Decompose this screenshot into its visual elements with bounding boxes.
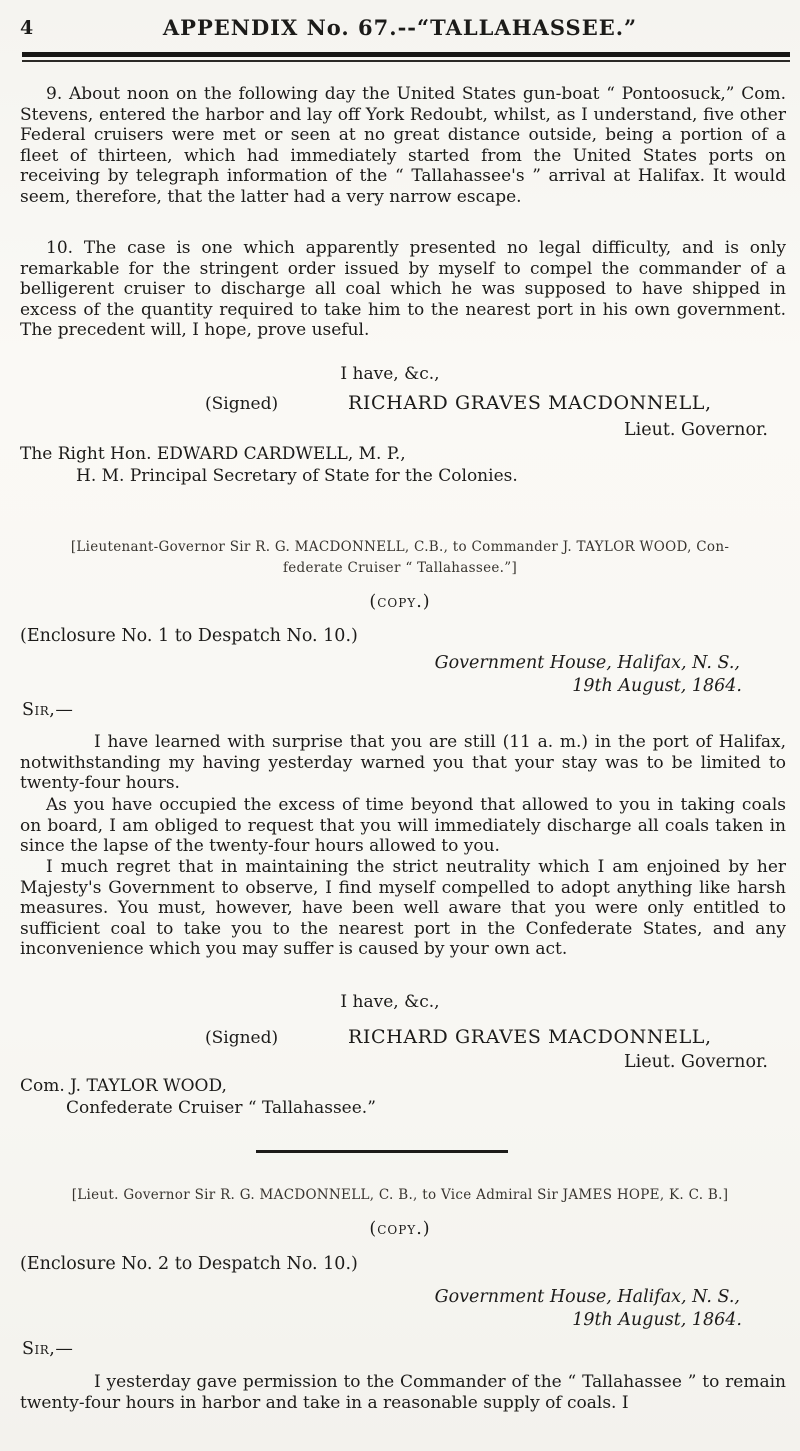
enclosure1-signed-label: (Signed) xyxy=(205,1028,278,1048)
despatch-signed-label: (Signed) xyxy=(205,394,278,414)
enclosure1-salutation: Sir,— xyxy=(22,700,73,720)
enclosure1-paragraph-1: I have learned with surprise that you ar… xyxy=(20,732,786,794)
enclosure2-copy-label: (copy.) xyxy=(0,1219,800,1239)
enclosure1-label: (Enclosure No. 1 to Despatch No. 10.) xyxy=(20,626,358,646)
section-separator-rule xyxy=(256,1150,508,1153)
enclosure1-heading-line1: [Lieutenant-Governor Sir R. G. MACDONNEL… xyxy=(0,537,800,558)
header-rule-thick xyxy=(22,52,790,57)
enclosure1-place-line: Government House, Halifax, N. S., xyxy=(0,653,740,673)
despatch-addressee-name: The Right Hon. EDWARD CARDWELL, M. P., xyxy=(20,444,406,464)
enclosure2-place-line: Government House, Halifax, N. S., xyxy=(0,1287,740,1307)
enclosure1-signature-title: Lieut. Governor. xyxy=(624,1052,768,1072)
enclosure2-paragraph-1: I yesterday gave permission to the Comma… xyxy=(20,1372,786,1413)
header-double-rule xyxy=(22,52,790,62)
header-rule-thin xyxy=(22,60,790,62)
scanned-document-page: 4 APPENDIX No. 67.--“TALLAHASSEE.” 9. Ab… xyxy=(0,0,800,1451)
despatch-signature-row: (Signed) RICHARD GRAVES MACDONNELL, xyxy=(0,392,800,418)
despatch-signature-title: Lieut. Governor. xyxy=(624,420,768,440)
enclosure1-paragraph-2: As you have occupied the excess of time … xyxy=(20,795,786,857)
despatch-paragraph-9: 9. About noon on the following day the U… xyxy=(20,84,786,208)
enclosure1-addressee-title: Confederate Cruiser “ Tallahassee.” xyxy=(66,1098,376,1118)
enclosure2-label: (Enclosure No. 2 to Despatch No. 10.) xyxy=(20,1254,358,1274)
enclosure1-signature-name: RICHARD GRAVES MACDONNELL, xyxy=(348,1026,712,1048)
enclosure2-date-line: 19th August, 1864. xyxy=(0,1310,742,1330)
enclosure1-bracket-heading: [Lieutenant-Governor Sir R. G. MACDONNEL… xyxy=(0,537,800,579)
page-title: APPENDIX No. 67.--“TALLAHASSEE.” xyxy=(0,15,800,40)
despatch-paragraph-10: 10. The case is one which apparently pre… xyxy=(20,238,786,341)
enclosure1-paragraph-3: I much regret that in maintaining the st… xyxy=(20,857,786,960)
enclosure2-bracket-heading: [Lieut. Governor Sir R. G. MACDONNELL, C… xyxy=(0,1185,800,1206)
enclosure1-copy-label: (copy.) xyxy=(0,592,800,612)
enclosure1-date-line: 19th August, 1864. xyxy=(0,676,742,696)
despatch-signature-name: RICHARD GRAVES MACDONNELL, xyxy=(348,392,712,414)
enclosure1-valediction: I have, &c., xyxy=(0,992,780,1012)
despatch-addressee-title: H. M. Principal Secretary of State for t… xyxy=(76,466,518,486)
enclosure2-salutation: Sir,— xyxy=(22,1339,73,1359)
enclosure1-addressee-name: Com. J. TAYLOR WOOD, xyxy=(20,1076,227,1096)
despatch-valediction: I have, &c., xyxy=(0,364,780,384)
enclosure1-signature-row: (Signed) RICHARD GRAVES MACDONNELL, xyxy=(0,1026,800,1052)
enclosure1-heading-line2: federate Cruiser “ Tallahassee.”] xyxy=(0,558,800,579)
